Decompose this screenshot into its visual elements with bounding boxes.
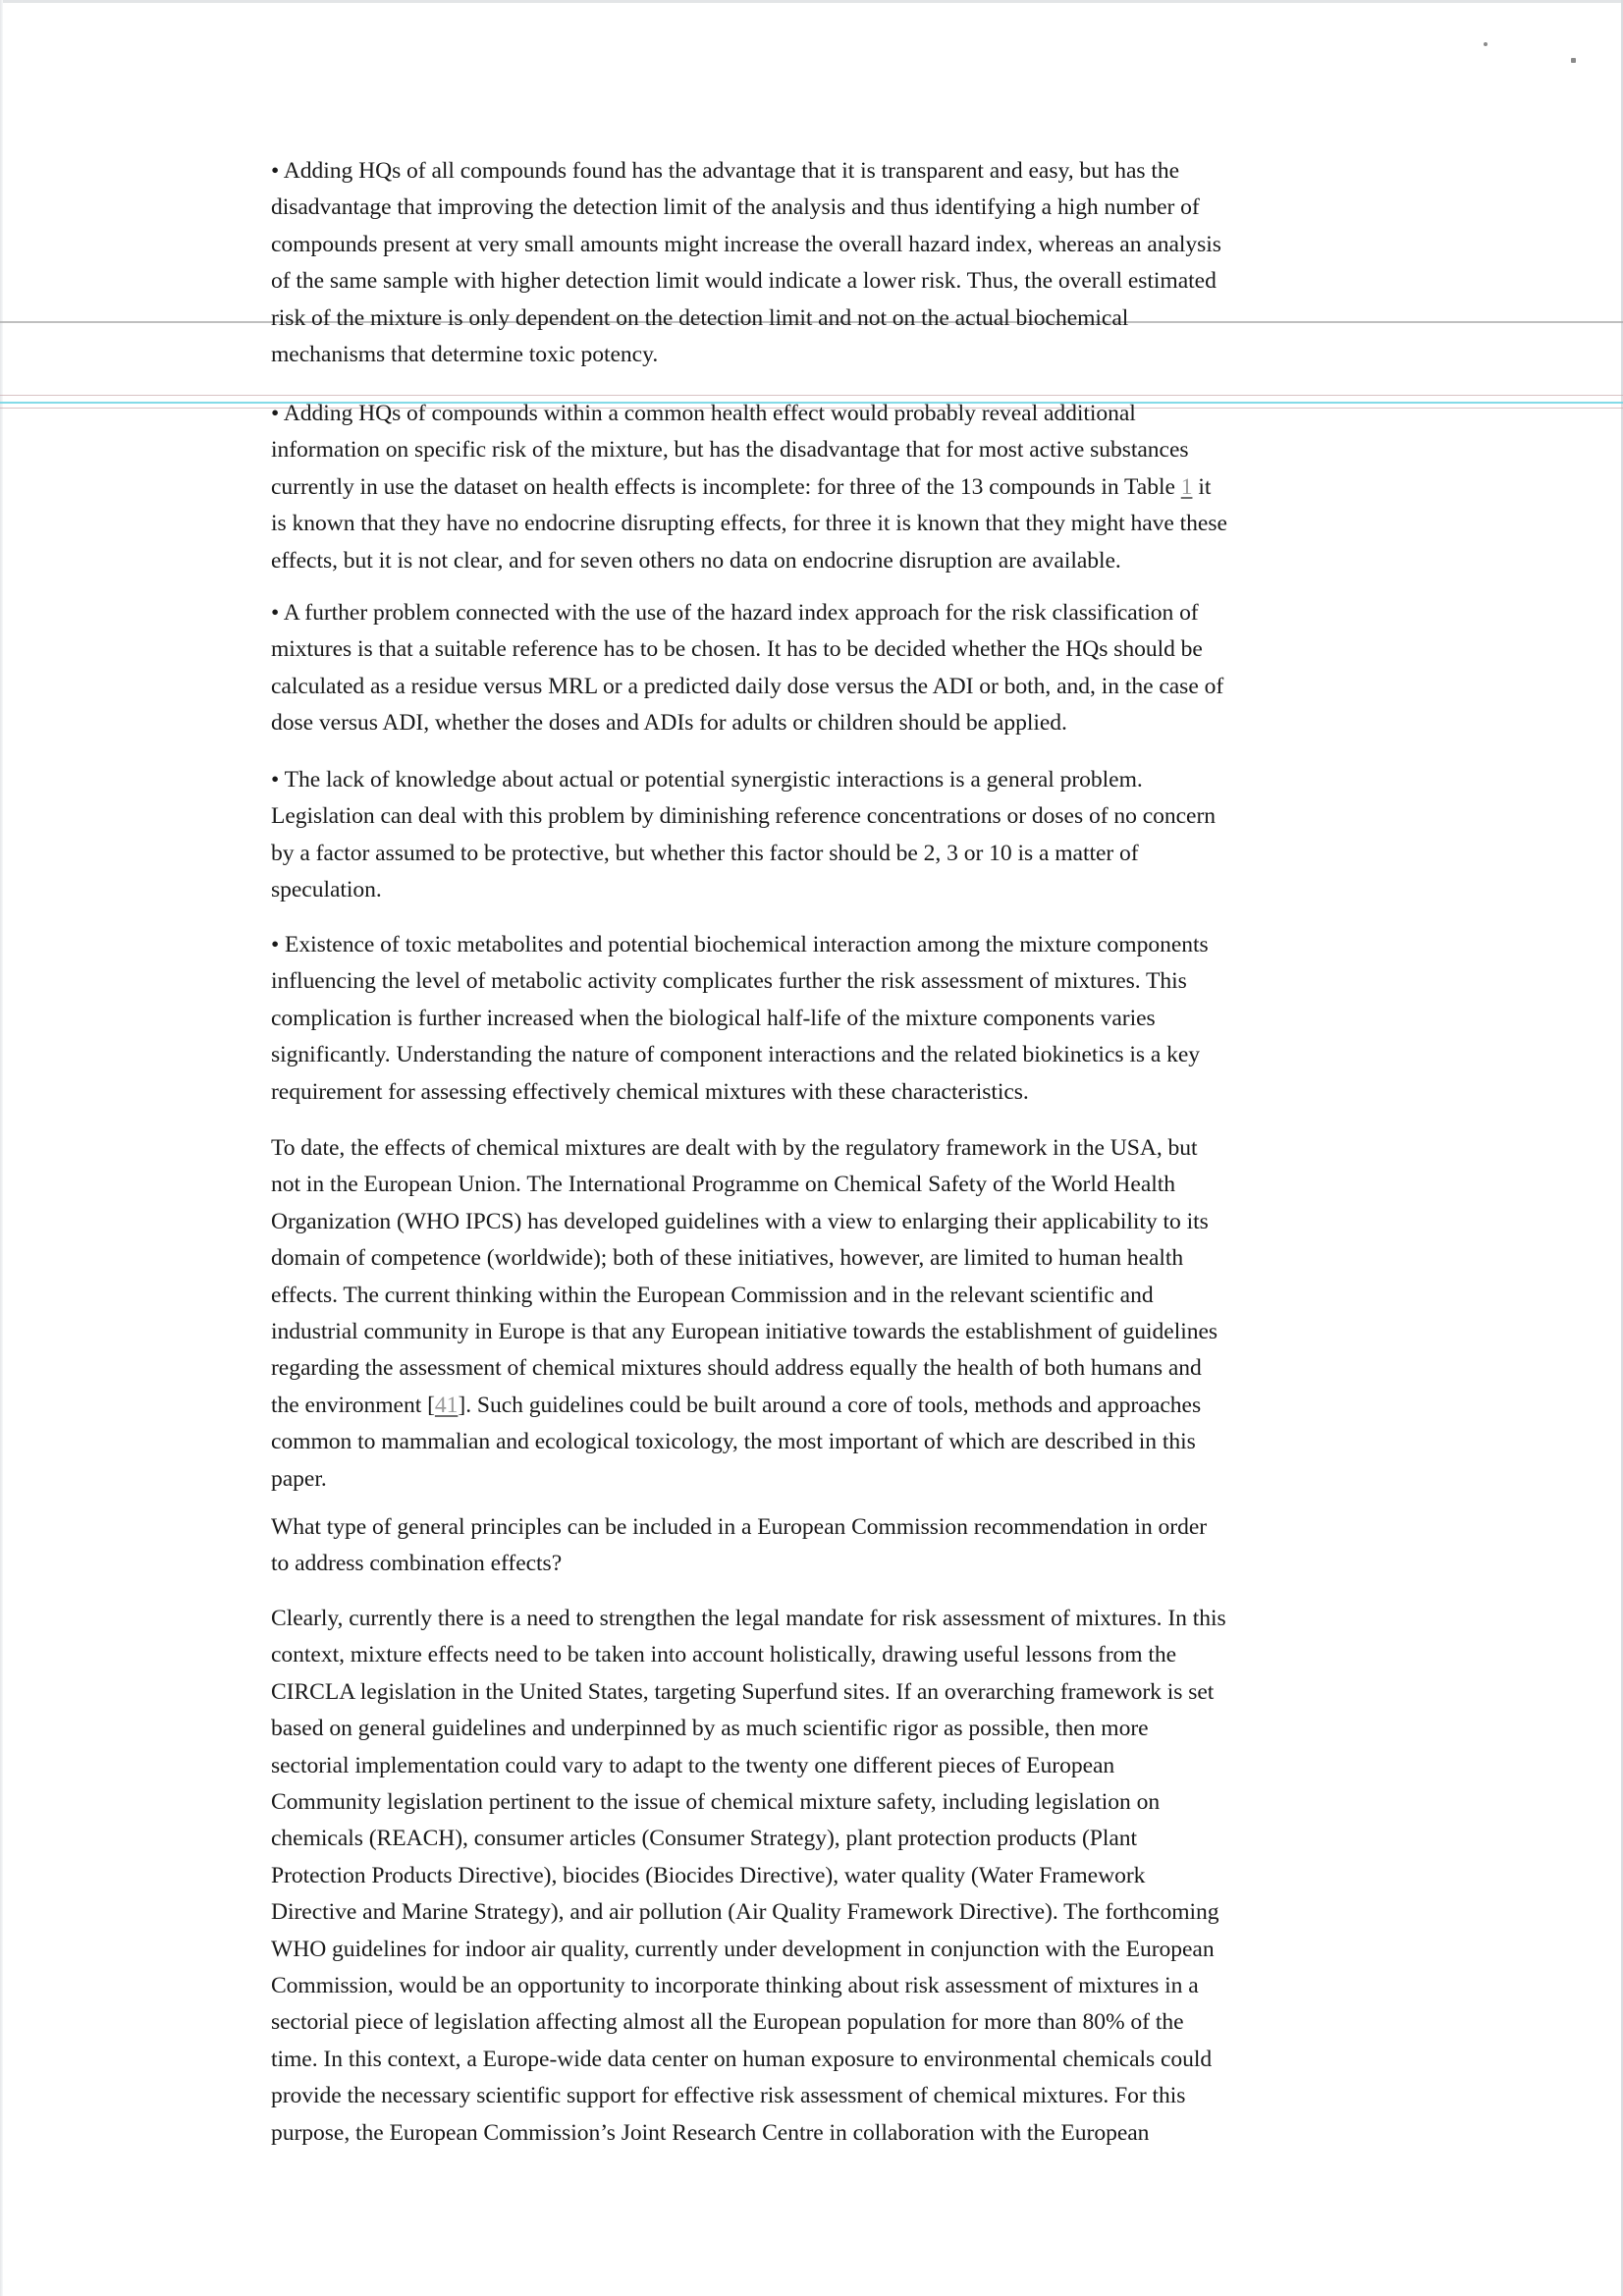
- text-line: effects, but it is not clear, and for se…: [271, 543, 1380, 579]
- text-line: provide the necessary scientific support…: [271, 2078, 1380, 2114]
- text-line: of the same sample with higher detection…: [271, 263, 1380, 300]
- text-line: Clearly, currently there is a need to st…: [271, 1601, 1380, 1637]
- text-line: sectorial piece of legislation affecting…: [271, 2004, 1380, 2041]
- text-line: Protection Products Directive), biocides…: [271, 1858, 1380, 1894]
- text-line: effects. The current thinking within the…: [271, 1278, 1380, 1314]
- citation-41-link[interactable]: 41: [435, 1393, 459, 1418]
- text-line: requirement for assessing effectively ch…: [271, 1074, 1380, 1111]
- text-line: industrial community in Europe is that a…: [271, 1314, 1380, 1350]
- table-1-reference-link[interactable]: 1: [1181, 474, 1193, 500]
- scan-speck-mark: [1571, 58, 1576, 63]
- text-line: time. In this context, a Europe-wide dat…: [271, 2042, 1380, 2078]
- scan-speck-mark: [1484, 42, 1488, 46]
- text-line: to address combination effects?: [271, 1546, 1380, 1582]
- text-line: • Adding HQs of compounds within a commo…: [271, 396, 1380, 432]
- text-line: mechanisms that determine toxic potency.: [271, 337, 1380, 373]
- text-line: Commission, would be an opportunity to i…: [271, 1968, 1380, 2004]
- text-line: is known that they have no endocrine dis…: [271, 506, 1380, 542]
- text-fragment: ]. Such guidelines could be built around…: [458, 1393, 1201, 1418]
- text-line: common to mammalian and ecological toxic…: [271, 1424, 1380, 1460]
- bullet-paragraph-common-health-effect: • Adding HQs of compounds within a commo…: [271, 396, 1380, 579]
- text-line: based on general guidelines and underpin…: [271, 1711, 1380, 1747]
- text-line: calculated as a residue versus MRL or a …: [271, 669, 1380, 705]
- text-line: purpose, the European Commission’s Joint…: [271, 2115, 1380, 2152]
- text-fragment: it: [1192, 474, 1211, 500]
- text-line: disadvantage that improving the detectio…: [271, 190, 1380, 226]
- text-line: Organization (WHO IPCS) has developed gu…: [271, 1204, 1380, 1240]
- text-line-with-citation: the environment [41]. Such guidelines co…: [271, 1388, 1380, 1424]
- text-line: • A further problem connected with the u…: [271, 595, 1380, 631]
- text-line: sectorial implementation could vary to a…: [271, 1748, 1380, 1784]
- text-line: To date, the effects of chemical mixture…: [271, 1130, 1380, 1167]
- text-line: • Existence of toxic metabolites and pot…: [271, 927, 1380, 963]
- body-paragraph-question: What type of general principles can be i…: [271, 1509, 1380, 1583]
- text-line: CIRCLA legislation in the United States,…: [271, 1674, 1380, 1711]
- text-fragment: currently in use the dataset on health e…: [271, 474, 1181, 500]
- text-line: regarding the assessment of chemical mix…: [271, 1350, 1380, 1387]
- text-line: domain of competence (worldwide); both o…: [271, 1240, 1380, 1277]
- text-line: risk of the mixture is only dependent on…: [271, 301, 1380, 337]
- text-line: context, mixture effects need to be take…: [271, 1637, 1380, 1673]
- text-line: Community legislation pertinent to the i…: [271, 1784, 1380, 1821]
- scan-page-edge-top: [0, 0, 1623, 3]
- text-line: mixtures is that a suitable reference ha…: [271, 631, 1380, 668]
- text-line: significantly. Understanding the nature …: [271, 1037, 1380, 1073]
- text-line: • The lack of knowledge about actual or …: [271, 762, 1380, 798]
- text-line: compounds present at very small amounts …: [271, 227, 1380, 263]
- text-line: Legislation can deal with this problem b…: [271, 798, 1380, 835]
- scan-page-edge-left: [0, 0, 3, 2296]
- body-paragraph-to-date: To date, the effects of chemical mixture…: [271, 1130, 1380, 1498]
- text-line: complication is further increased when t…: [271, 1001, 1380, 1037]
- text-line: chemicals (REACH), consumer articles (Co…: [271, 1821, 1380, 1857]
- bullet-paragraph-adding-all-hqs: • Adding HQs of all compounds found has …: [271, 153, 1380, 373]
- text-line: • Adding HQs of all compounds found has …: [271, 153, 1380, 190]
- text-line: not in the European Union. The Internati…: [271, 1167, 1380, 1203]
- body-paragraph-clearly: Clearly, currently there is a need to st…: [271, 1601, 1380, 2152]
- text-line: paper.: [271, 1461, 1380, 1498]
- text-line: WHO guidelines for indoor air quality, c…: [271, 1932, 1380, 1968]
- text-fragment: the environment [: [271, 1393, 435, 1418]
- text-line: influencing the level of metabolic activ…: [271, 963, 1380, 1000]
- text-line: dose versus ADI, whether the doses and A…: [271, 705, 1380, 741]
- text-line: information on specific risk of the mixt…: [271, 432, 1380, 468]
- text-line: What type of general principles can be i…: [271, 1509, 1380, 1546]
- text-line: speculation.: [271, 872, 1380, 908]
- text-line: by a factor assumed to be protective, bu…: [271, 836, 1380, 872]
- bullet-paragraph-suitable-reference: • A further problem connected with the u…: [271, 595, 1380, 742]
- text-line: Directive and Marine Strategy), and air …: [271, 1894, 1380, 1931]
- bullet-paragraph-synergistic-interactions: • The lack of knowledge about actual or …: [271, 762, 1380, 909]
- bullet-paragraph-toxic-metabolites: • Existence of toxic metabolites and pot…: [271, 927, 1380, 1111]
- text-line-with-table-reference: currently in use the dataset on health e…: [271, 469, 1380, 506]
